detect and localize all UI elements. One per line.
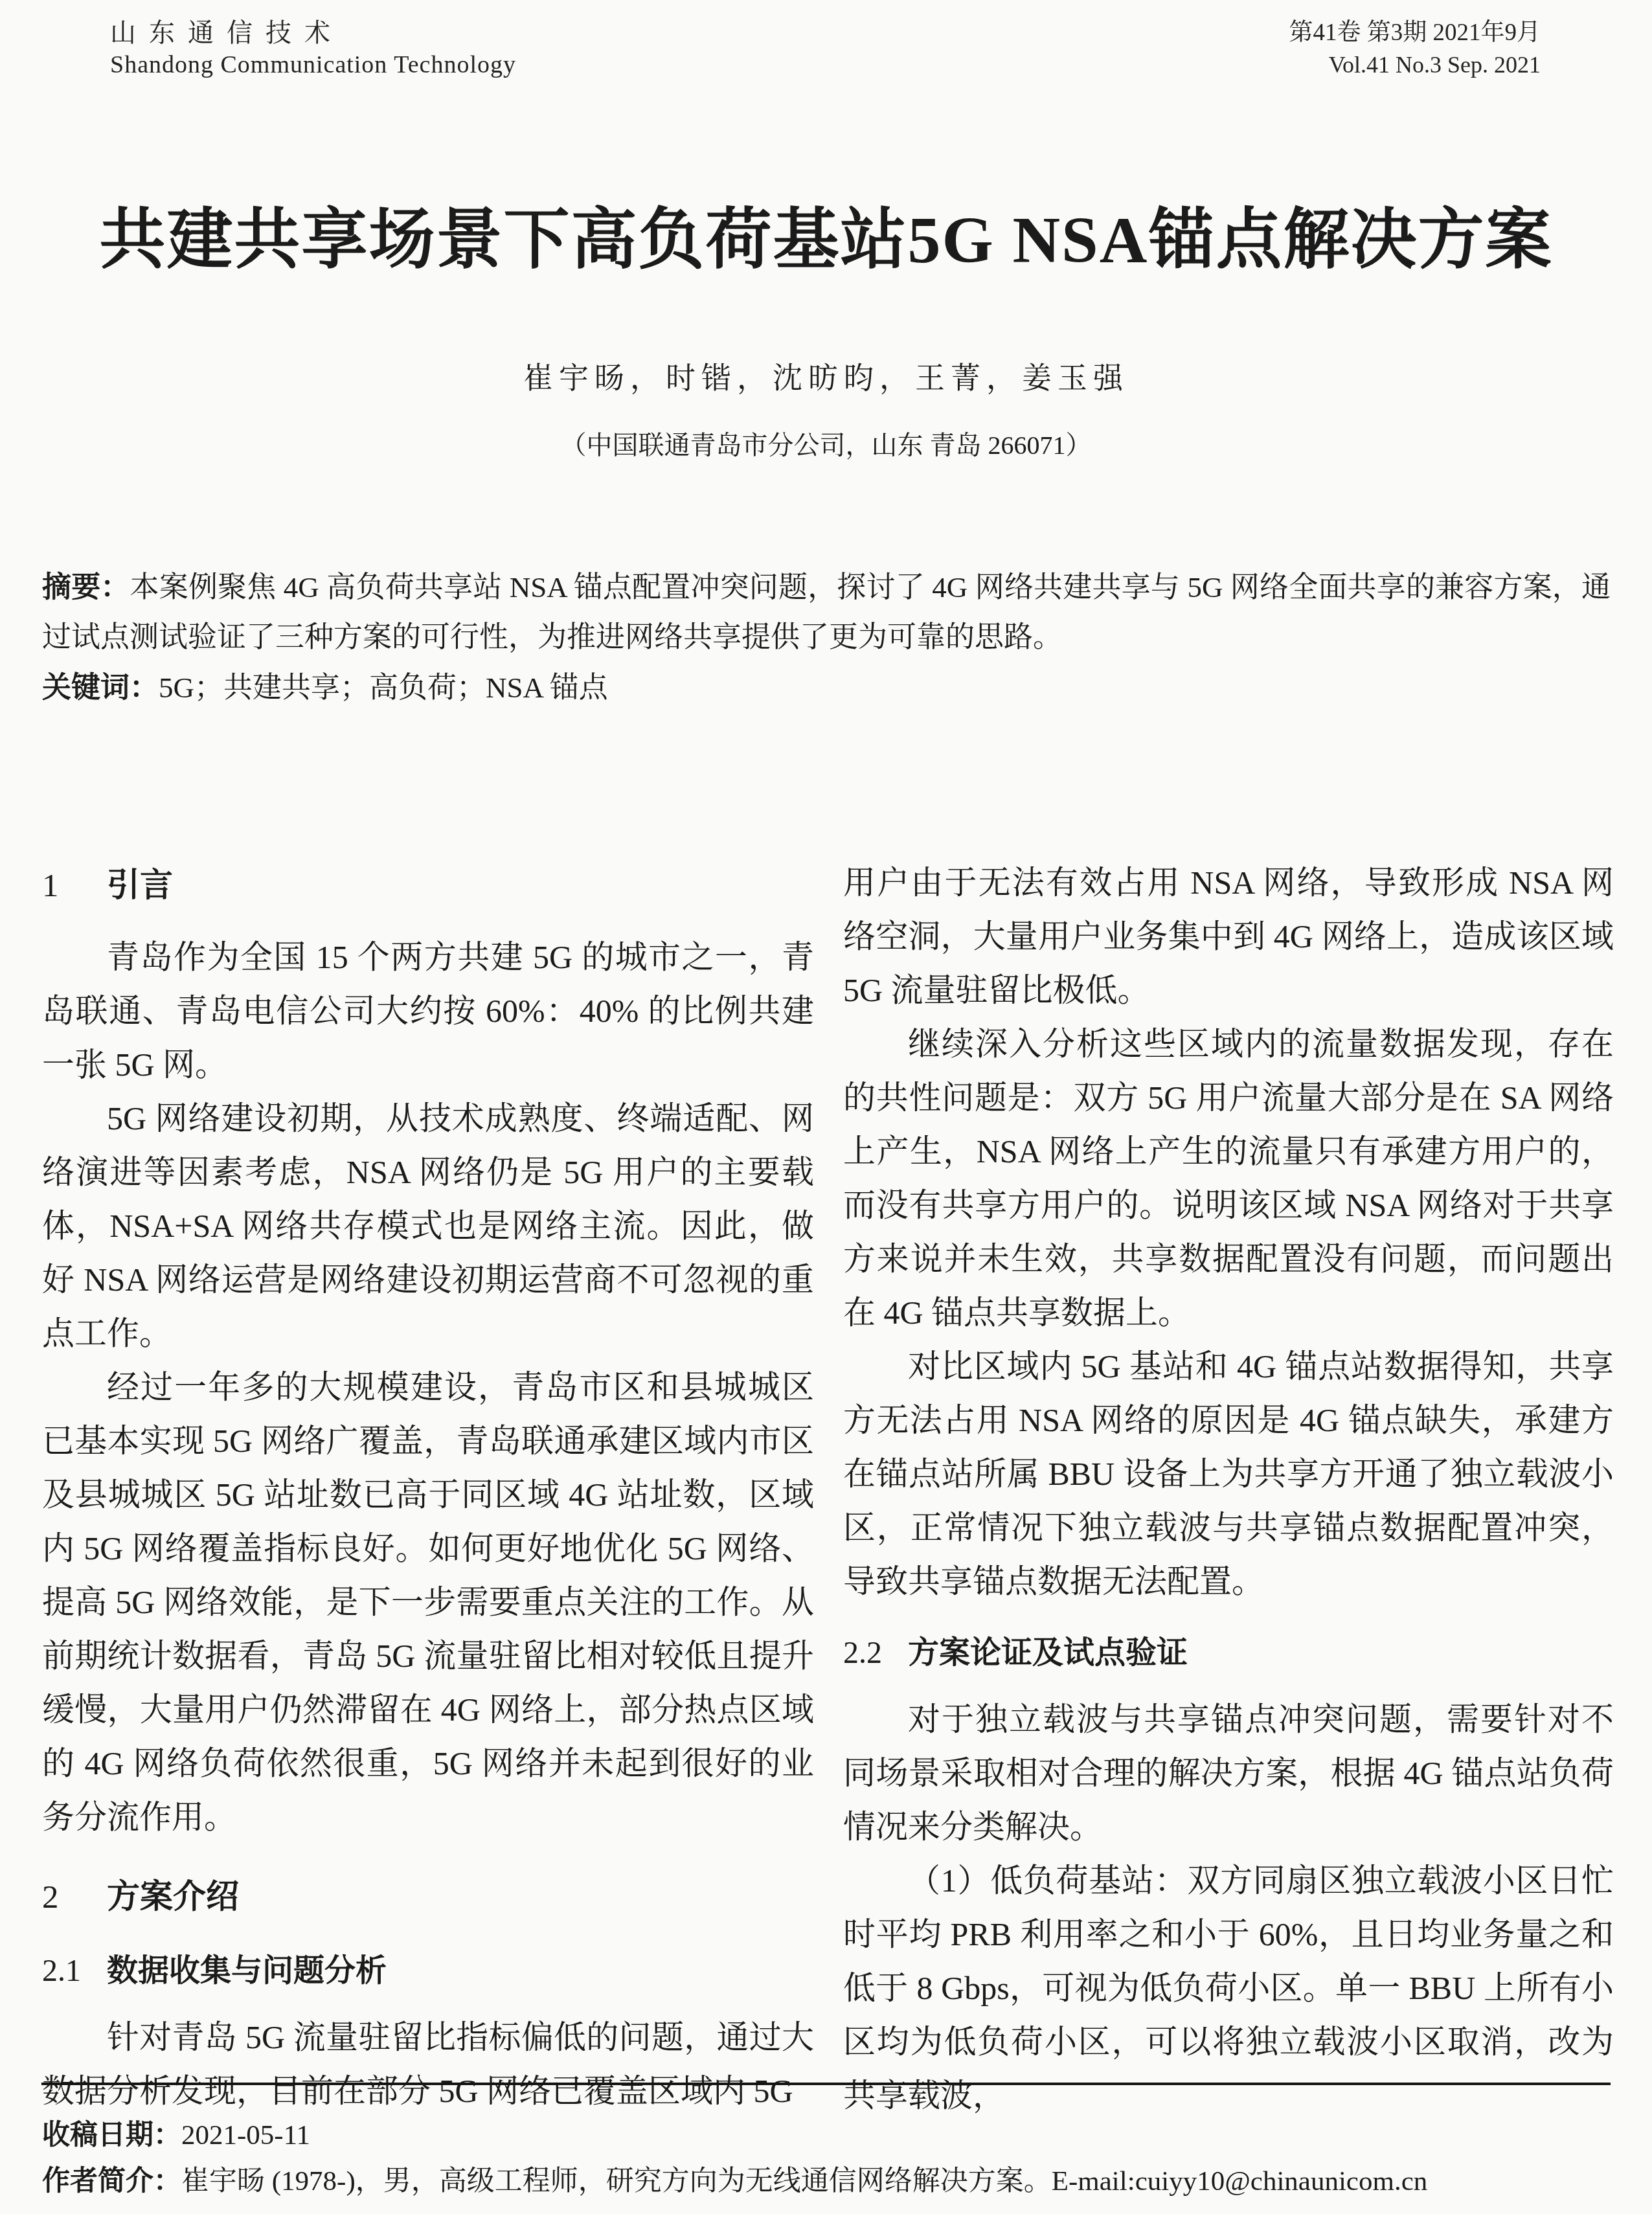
issue-info-en: Vol.41 No.3 Sep. 2021 [1289, 49, 1541, 80]
author-bio-label: 作者简介： [42, 2165, 181, 2197]
keywords-paragraph: 关键词：5G；共建共享；高负荷；NSA 锚点 [42, 662, 1611, 713]
received-date-value: 2021-05-11 [181, 2120, 310, 2151]
section-title: 引言 [107, 866, 173, 903]
issue-info-zh: 第41卷 第3期 2021年9月 [1289, 17, 1541, 49]
received-date-line: 收稿日期：2021-05-11 [42, 2112, 1611, 2158]
article-title: 共建共享场景下高负荷基站5G NSA锚点解决方案 [0, 199, 1652, 282]
section-title: 方案介绍 [107, 1878, 239, 1915]
footnote-block: 收稿日期：2021-05-11 作者简介：崔宇旸 (1978-)，男，高级工程师… [42, 2112, 1611, 2204]
section-heading-2: 2方案介绍 [42, 1868, 814, 1926]
body-paragraph: 青岛作为全国 15 个两方共建 5G 的城市之一，青岛联通、青岛电信公司大约按 … [42, 931, 814, 1092]
journal-name-zh: 山东通信技术 [110, 17, 516, 49]
abstract-text: 本案例聚焦 4G 高负荷共享站 NSA 锚点配置冲突问题，探讨了 4G 网络共建… [42, 571, 1611, 653]
section-number: 2 [42, 1868, 107, 1926]
body-paragraph: 5G 网络建设初期，从技术成熟度、终端适配、网络演进等因素考虑，NSA 网络仍是… [42, 1092, 814, 1361]
journal-page: 山东通信技术 Shandong Communication Technology… [0, 0, 1652, 2214]
subsection-heading-2-2: 2.2方案论证及试点验证 [843, 1625, 1614, 1681]
author-bio-value: 崔宇旸 (1978-)，男，高级工程师，研究方向为无线通信网络解决方案。E-ma… [181, 2166, 1427, 2197]
author-bio-line: 作者简介：崔宇旸 (1978-)，男，高级工程师，研究方向为无线通信网络解决方案… [42, 2158, 1611, 2204]
body-paragraph-continued: 用户由于无法有效占用 NSA 网络，导致形成 NSA 网络空洞，大量用户业务集中… [843, 856, 1614, 1017]
body-paragraph: 对于独立载波与共享锚点冲突问题，需要针对不同场景采取相对合理的解决方案，根据 4… [843, 1693, 1614, 1854]
body-paragraph: 针对青岛 5G 流量驻留比指标偏低的问题，通过大数据分析发现，目前在部分 5G … [42, 2011, 814, 2118]
subsection-number: 2.2 [843, 1625, 908, 1681]
abstract-label: 摘要： [42, 570, 130, 604]
section-number: 1 [42, 857, 107, 915]
subsection-number: 2.1 [42, 1943, 107, 1999]
subsection-title: 数据收集与问题分析 [107, 1954, 387, 1988]
abstract-paragraph: 摘要：本案例聚焦 4G 高负荷共享站 NSA 锚点配置冲突问题，探讨了 4G 网… [42, 562, 1611, 662]
body-paragraph: 继续深入分析这些区域内的流量数据发现，存在的共性问题是：双方 5G 用户流量大部… [843, 1017, 1614, 1340]
body-paragraph: 对比区域内 5G 基站和 4G 锚点站数据得知，共享方无法占用 NSA 网络的原… [843, 1340, 1614, 1609]
page-header: 山东通信技术 Shandong Communication Technology… [110, 17, 1541, 80]
abstract-block: 摘要：本案例聚焦 4G 高负荷共享站 NSA 锚点配置冲突问题，探讨了 4G 网… [42, 562, 1611, 713]
body-paragraph: 经过一年多的大规模建设，青岛市区和县城城区已基本实现 5G 网络广覆盖，青岛联通… [42, 1361, 814, 1844]
issue-info-block: 第41卷 第3期 2021年9月 Vol.41 No.3 Sep. 2021 [1289, 17, 1541, 80]
body-column-left: 1引言 青岛作为全国 15 个两方共建 5G 的城市之一，青岛联通、青岛电信公司… [42, 856, 814, 2118]
authors-line: 崔宇旸，时锴，沈昉昀，王菁，姜玉强 [0, 357, 1652, 399]
journal-name-block: 山东通信技术 Shandong Communication Technology [110, 17, 516, 80]
section-heading-1: 1引言 [42, 856, 814, 915]
received-date-label: 收稿日期： [42, 2119, 181, 2151]
journal-name-en: Shandong Communication Technology [110, 49, 516, 80]
subsection-title: 方案论证及试点验证 [908, 1636, 1188, 1670]
body-column-right: 用户由于无法有效占用 NSA 网络，导致形成 NSA 网络空洞，大量用户业务集中… [843, 856, 1614, 2123]
keywords-label: 关键词： [42, 671, 159, 704]
keywords-text: 5G；共建共享；高负荷；NSA 锚点 [159, 672, 608, 704]
footnote-divider [41, 2083, 1611, 2085]
affiliation-line: （中国联通青岛市分公司，山东 青岛 266071） [0, 427, 1652, 464]
subsection-heading-2-1: 2.1数据收集与问题分析 [42, 1943, 814, 1999]
